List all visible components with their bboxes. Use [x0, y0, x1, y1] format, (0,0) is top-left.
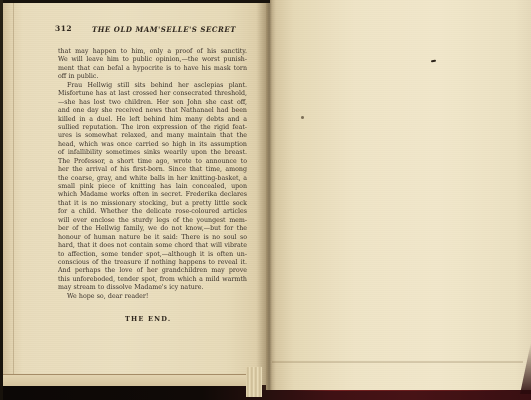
text-line: We will leave him to public opinion,—the… — [58, 56, 247, 64]
text-line: that it is no missionary stocking, but a… — [58, 200, 247, 208]
right-page-blank — [266, 0, 531, 390]
text-line: for a child. Whether the delicate rose-c… — [58, 208, 247, 216]
text-line: The Professor, a short time ago, wrote t… — [58, 158, 247, 166]
text-line: that may happen to him, only a proof of … — [58, 48, 247, 56]
text-line: killed in a duel. He left behind him man… — [58, 116, 247, 124]
ink-speck — [301, 116, 304, 119]
text-line: And perhaps the love of her grandchildre… — [58, 267, 247, 275]
text-line: and one day she received news that Natha… — [58, 107, 247, 115]
text-line: sullied reputation. The iron expression … — [58, 124, 247, 132]
body-text: that may happen to him, only a proof of … — [58, 48, 247, 301]
text-line: small pink piece of knitting has lain co… — [58, 183, 247, 191]
left-page-bottom-edge — [3, 374, 262, 386]
left-cover-edge — [0, 0, 3, 400]
text-line: will ever enclose the sturdy legs of the… — [58, 217, 247, 225]
top-cover-edge — [0, 0, 270, 3]
text-line: off in public. — [58, 73, 247, 81]
gutter-shadow — [256, 0, 276, 390]
text-line: this unforeboded, tender spot, from whic… — [58, 276, 247, 284]
text-line: hard, that it does not contain some chor… — [58, 242, 247, 250]
gutter-page-edge-stack — [246, 367, 262, 397]
right-page-bottom-crease — [272, 361, 523, 363]
running-title: THE OLD MAM'SELLE'S SECRET — [92, 25, 232, 34]
text-line: Frau Hellwig still sits behind her ascle… — [58, 82, 247, 90]
left-page: 312 THE OLD MAM'SELLE'S SECRET that may … — [3, 3, 266, 385]
text-line: —she has lost two children. Her son John… — [58, 99, 247, 107]
book-spread-photo: 312 THE OLD MAM'SELLE'S SECRET that may … — [0, 0, 531, 400]
text-line: her the arrival of his first-born. Since… — [58, 166, 247, 174]
the-end-label: THE END. — [125, 315, 171, 323]
text-line: to affection, some tender spot,—although… — [58, 251, 247, 259]
text-line: conscious of the treasure if nothing hap… — [58, 259, 247, 267]
text-line: honour of human nature be it said: There… — [58, 234, 247, 242]
text-line: We hope so, dear reader! — [58, 293, 247, 301]
text-line: may stream to dissolve Madame's icy natu… — [58, 284, 247, 292]
left-page-crease — [13, 3, 14, 385]
text-line: ures is somewhat relaxed, and many maint… — [58, 132, 247, 140]
text-line: Misfortune has at last crossed her conse… — [58, 90, 247, 98]
text-line: head, which was once carried so high in … — [58, 141, 247, 149]
text-line: the coarse, gray, and white balls in her… — [58, 175, 247, 183]
text-line: of infallibility sometimes sinks wearily… — [58, 149, 247, 157]
text-line: ment that can befal a hypocrite is to ha… — [58, 65, 247, 73]
text-line: ber of the Hellwig family, we do not kno… — [58, 225, 247, 233]
text-line: which Madame works often in secret. Fred… — [58, 191, 247, 199]
page-number: 312 — [55, 24, 72, 33]
page-header: 312 THE OLD MAM'SELLE'S SECRET — [52, 24, 250, 36]
